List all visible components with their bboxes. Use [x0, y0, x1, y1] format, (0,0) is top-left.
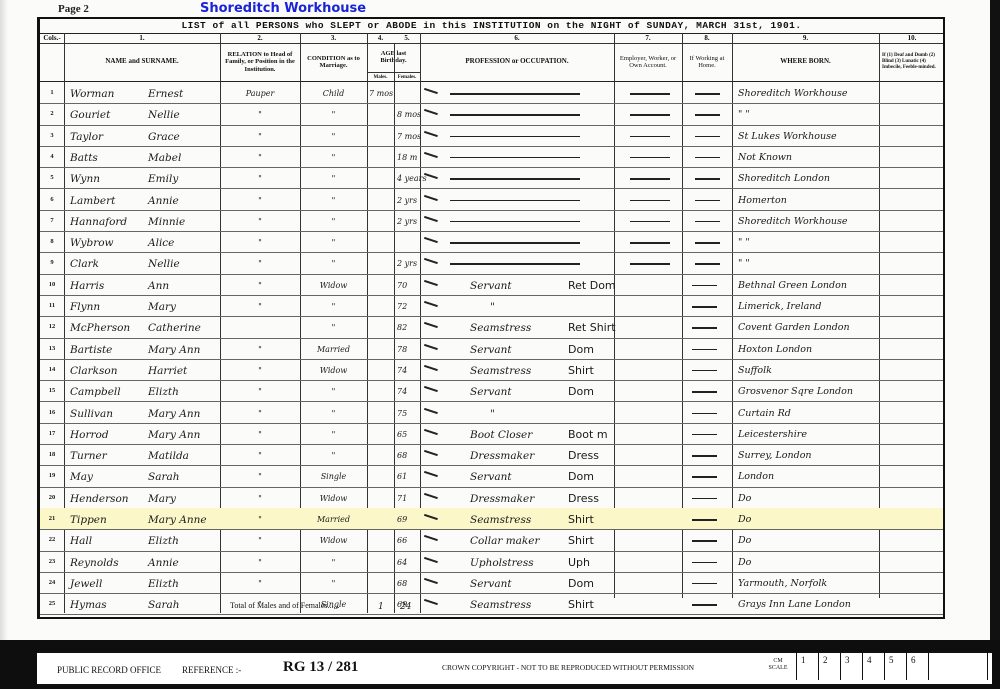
condition: " — [300, 231, 367, 252]
column-headers: NAME and SURNAME. RELATION to Head of Fa… — [40, 43, 943, 82]
surname: Flynn — [70, 295, 100, 316]
age-females: 69 — [397, 508, 407, 529]
row-number: 10 — [40, 274, 64, 295]
table-row[interactable]: 16SullivanMary Ann""75"Curtain Rd — [40, 402, 943, 424]
age-females: 72 — [397, 295, 407, 316]
table-row[interactable]: 11FlynnMary""72"Limerick, Ireland — [40, 295, 943, 317]
birthplace: Curtain Rd — [738, 402, 791, 423]
occupation: Servant — [470, 380, 512, 401]
archive-footer: PUBLIC RECORD OFFICE REFERENCE :- RG 13 … — [37, 651, 992, 686]
table-row[interactable]: 12McPhersonCatherine"82SeamstressRet Shi… — [40, 316, 943, 338]
blank-dash — [692, 370, 717, 372]
blank-dash — [695, 93, 720, 95]
surname: Taylor — [70, 125, 103, 146]
occupation: Servant — [470, 572, 512, 593]
forename: Grace — [148, 125, 180, 146]
surname: Clarkson — [70, 359, 118, 380]
tick-mark — [424, 407, 438, 413]
relation: " — [220, 274, 300, 295]
blank-dash — [450, 221, 580, 223]
forename: Emily — [148, 167, 178, 188]
blank-dash — [630, 221, 670, 223]
blank-dash — [692, 476, 717, 478]
surname: Gouriet — [70, 103, 110, 124]
relation: " — [220, 359, 300, 380]
surname: Tippen — [70, 508, 107, 529]
condition: " — [300, 189, 367, 210]
blank-dash — [692, 519, 717, 521]
forename: Mabel — [148, 146, 181, 167]
tick-mark — [424, 216, 438, 222]
blank-dash — [692, 413, 717, 415]
blank-dash — [692, 455, 717, 457]
relation: " — [220, 551, 300, 572]
tick-mark — [424, 280, 438, 286]
blank-dash — [630, 263, 670, 265]
surname: McPherson — [70, 316, 130, 337]
occupation-code: Shirt — [568, 529, 594, 550]
condition: " — [300, 402, 367, 423]
occupation-code: Ret Shirt — [568, 316, 616, 337]
blank-dash — [695, 242, 720, 244]
condition: Married — [300, 508, 367, 529]
table-row[interactable]: 2GourietNellie""8 mos" " — [40, 103, 943, 125]
header-where-born: WHERE BORN. — [732, 43, 879, 81]
occupation-code: Dress — [568, 487, 599, 508]
tick-mark — [424, 258, 438, 264]
row-number: 18 — [40, 444, 64, 465]
birthplace: Grosvenor Sqre London — [738, 380, 853, 401]
occupation-code: Shirt — [568, 508, 594, 529]
blank-dash — [695, 263, 720, 265]
office-label: PUBLIC RECORD OFFICE — [57, 665, 161, 675]
birthplace: Do — [738, 487, 751, 508]
relation: " — [220, 572, 300, 593]
row-number: 6 — [40, 189, 64, 210]
condition: " — [300, 423, 367, 444]
birthplace: Bethnal Green London — [738, 274, 847, 295]
forename: Mary Ann — [148, 338, 200, 359]
col-num: 4. — [367, 33, 394, 43]
surname: Sullivan — [70, 402, 113, 423]
age-males: 7 mos — [369, 82, 393, 103]
age-females: 71 — [397, 487, 407, 508]
occupation: " — [490, 295, 495, 316]
header-relation: RELATION to Head of Family, or Position … — [220, 43, 300, 81]
condition: Child — [300, 82, 367, 103]
relation: " — [220, 529, 300, 550]
age-females: 4 years — [397, 167, 427, 188]
tick-mark — [424, 88, 438, 94]
col-num: 7. — [614, 33, 682, 43]
relation: " — [220, 487, 300, 508]
occupation: Dressmaker — [470, 444, 534, 465]
age-females: 70 — [397, 274, 407, 295]
age-females: 2 yrs — [397, 210, 417, 231]
forename: Mary Ann — [148, 423, 200, 444]
forename: Nellie — [148, 103, 180, 124]
total-males: 1 — [378, 595, 384, 616]
row-number: 17 — [40, 423, 64, 444]
census-form: LIST of all PERSONS who SLEPT or ABODE i… — [37, 17, 945, 619]
row-number: 20 — [40, 487, 64, 508]
tick-mark — [424, 578, 438, 584]
surname: Hall — [70, 529, 92, 550]
surname: Hannaford — [70, 210, 127, 231]
birthplace: " " — [738, 252, 750, 273]
condition: " — [300, 252, 367, 273]
condition: " — [300, 551, 367, 572]
occupation: Collar maker — [470, 529, 540, 550]
relation: " — [220, 167, 300, 188]
reference-number: RG 13 / 281 — [283, 659, 358, 676]
table-row[interactable]: 5WynnEmily""4 yearsShoreditch London — [40, 167, 943, 189]
col-num: 9. — [732, 33, 879, 43]
condition: Single — [300, 465, 367, 486]
blank-dash — [450, 114, 580, 116]
tick-mark — [424, 152, 438, 158]
relation: " — [220, 380, 300, 401]
table-row[interactable]: 10HarrisAnn"Widow70ServantRet DomBethnal… — [40, 274, 943, 296]
blank-dash — [450, 93, 580, 95]
header-employer: Employer, Worker, or Own Account. — [614, 43, 682, 81]
forename: Nellie — [148, 252, 180, 273]
blank-dash — [695, 178, 720, 180]
blank-dash — [692, 540, 717, 542]
table-row[interactable]: 19MaySarah"Single61ServantDomLondon — [40, 465, 943, 487]
form-title: LIST of all PERSONS who SLEPT or ABODE i… — [40, 19, 943, 34]
scale-mark: 6 — [906, 653, 928, 680]
blank-dash — [630, 93, 670, 95]
col-num: 3. — [300, 33, 367, 43]
row-number: 3 — [40, 125, 64, 146]
table-row[interactable]: 24JewellElizth""68ServantDomYarmouth, No… — [40, 572, 943, 594]
blank-dash — [450, 242, 580, 244]
condition: " — [300, 103, 367, 124]
birthplace: Shoreditch Workhouse — [738, 210, 848, 231]
header-age-males: Males. — [367, 72, 394, 82]
surname: Henderson — [70, 487, 129, 508]
row-number: 8 — [40, 231, 64, 252]
birthplace: Shoreditch London — [738, 167, 830, 188]
relation: " — [220, 125, 300, 146]
blank-dash — [692, 285, 717, 287]
col-num: 6. — [420, 33, 614, 43]
blank-dash — [695, 221, 720, 223]
tick-mark — [424, 493, 438, 499]
scale-mark: 4 — [862, 653, 884, 680]
forename: Sarah — [148, 465, 180, 486]
table-row[interactable]: 21TippenMary Anne"Married69SeamstressShi… — [40, 508, 943, 530]
surname: Wybrow — [70, 231, 114, 252]
table-row[interactable]: 18TurnerMatilda""68DressmakerDressSurrey… — [40, 444, 943, 466]
scale-mark: 3 — [840, 653, 862, 680]
birthplace: " " — [738, 231, 750, 252]
cm-scale: 1 2 3 4 5 6 — [796, 653, 988, 680]
blank-dash — [630, 136, 670, 138]
blank-dash — [692, 498, 717, 500]
occupation: Upholstress — [470, 551, 534, 572]
col-num: 1. — [64, 33, 220, 43]
relation: " — [220, 189, 300, 210]
table-row[interactable]: 1WormanErnestPauperChild7 mosShoreditch … — [40, 82, 943, 104]
age-females: 18 m — [397, 146, 417, 167]
surname: Clark — [70, 252, 99, 273]
forename: Catherine — [148, 316, 201, 337]
age-females: 75 — [397, 402, 407, 423]
table-row[interactable]: 14ClarksonHarriet"Widow74SeamstressShirt… — [40, 359, 943, 381]
birthplace: " " — [738, 103, 750, 124]
row-number: 12 — [40, 316, 64, 337]
condition: Widow — [300, 487, 367, 508]
page-edge — [990, 0, 1000, 689]
cm-scale-label: CM SCALE — [767, 658, 789, 672]
occupation: Dressmaker — [470, 487, 534, 508]
occupation-code: Dress — [568, 444, 599, 465]
forename: Ann — [148, 274, 169, 295]
forename: Mary Ann — [148, 402, 200, 423]
occupation: Servant — [470, 274, 512, 295]
header-infirmity: If (1) Deaf and Dumb (2) Blind (3) Lunat… — [879, 43, 945, 81]
row-number: 19 — [40, 465, 64, 486]
blank-dash — [695, 114, 720, 116]
row-number: 4 — [40, 146, 64, 167]
total-females: 24 — [400, 595, 411, 616]
relation: " — [220, 444, 300, 465]
col-num: Cols.- — [40, 33, 64, 43]
forename: Elizth — [148, 380, 179, 401]
blank-dash — [450, 263, 580, 265]
surname: Horrod — [70, 423, 109, 444]
blank-dash — [692, 349, 717, 351]
occupation-code: Uph — [568, 551, 590, 572]
blank-dash — [630, 242, 670, 244]
col-num: 8. — [682, 33, 732, 43]
row-number: 5 — [40, 167, 64, 188]
occupation-code: Dom — [568, 380, 594, 401]
col-num: 10. — [879, 33, 945, 43]
age-females: 66 — [397, 529, 407, 550]
relation: " — [220, 465, 300, 486]
occupation: Seamstress — [470, 508, 531, 529]
surname: Campbell — [70, 380, 121, 401]
occupation-code: Boot m — [568, 423, 608, 444]
row-number: 15 — [40, 380, 64, 401]
blank-dash — [695, 200, 720, 202]
surname: Wynn — [70, 167, 100, 188]
age-females: 2 yrs — [397, 189, 417, 210]
tick-mark — [424, 429, 438, 435]
tick-mark — [424, 301, 438, 307]
occupation: Servant — [470, 338, 512, 359]
table-row[interactable]: 15CampbellElizth""74ServantDomGrosvenor … — [40, 380, 943, 402]
scale-mark: 2 — [818, 653, 840, 680]
tick-mark — [424, 322, 438, 328]
tick-mark — [424, 343, 438, 349]
occupation: Boot Closer — [470, 423, 532, 444]
occupation: Servant — [470, 465, 512, 486]
age-females: 61 — [397, 465, 407, 486]
age-females: 68 — [397, 444, 407, 465]
copyright-notice: CROWN COPYRIGHT - NOT TO BE REPRODUCED W… — [442, 663, 694, 672]
row-number: 2 — [40, 103, 64, 124]
row-number: 22 — [40, 529, 64, 550]
condition: " — [300, 316, 367, 337]
occupation-code: Dom — [568, 572, 594, 593]
condition: " — [300, 295, 367, 316]
blank-dash — [695, 136, 720, 138]
row-number: 9 — [40, 252, 64, 273]
header-name: NAME and SURNAME. — [64, 43, 220, 81]
tick-mark — [424, 514, 438, 520]
blank-dash — [450, 200, 580, 202]
relation: " — [220, 252, 300, 273]
forename: Annie — [148, 551, 179, 572]
age-females: 2 yrs — [397, 252, 417, 273]
table-row[interactable]: 7HannafordMinnie""2 yrsShoreditch Workho… — [40, 210, 943, 232]
forename: Minnie — [148, 210, 185, 231]
blank-dash — [630, 200, 670, 202]
forename: Alice — [148, 231, 174, 252]
blank-dash — [450, 178, 580, 180]
surname: Batts — [70, 146, 98, 167]
relation: " — [220, 402, 300, 423]
totals-label: Total of Males and of Females...... — [230, 601, 339, 610]
birthplace: London — [738, 465, 774, 486]
occupation: Seamstress — [470, 316, 531, 337]
occupation-code: Ret Dom — [568, 274, 616, 295]
tick-mark — [424, 450, 438, 456]
surname: Worman — [70, 82, 114, 103]
birthplace: St Lukes Workhouse — [738, 125, 837, 146]
forename: Annie — [148, 189, 179, 210]
surname: Reynolds — [70, 551, 119, 572]
row-number: 7 — [40, 210, 64, 231]
overlay-title: Shoreditch Workhouse — [200, 1, 366, 16]
row-number: 21 — [40, 508, 64, 529]
table-row[interactable]: 17HorrodMary Ann""65Boot CloserBoot mLei… — [40, 423, 943, 445]
birthplace: Do — [738, 508, 751, 529]
table-row[interactable]: 13BartisteMary Ann"Married78ServantDomHo… — [40, 338, 943, 360]
row-number: 16 — [40, 402, 64, 423]
birthplace: Surrey, London — [738, 444, 812, 465]
tick-mark — [424, 365, 438, 371]
blank-dash — [450, 136, 580, 138]
header-condition: CONDITION as to Marriage. — [300, 43, 367, 81]
age-females: 64 — [397, 551, 407, 572]
scale-mark: 5 — [884, 653, 906, 680]
age-females: 8 mos — [397, 103, 421, 124]
surname: Lambert — [70, 189, 115, 210]
relation — [220, 316, 300, 337]
age-females: 82 — [397, 316, 407, 337]
table-row[interactable]: 20HendersonMary"Widow71DressmakerDressDo — [40, 487, 943, 509]
condition: Widow — [300, 274, 367, 295]
birthplace: Do — [738, 529, 751, 550]
age-females: 78 — [397, 338, 407, 359]
table-row[interactable]: 23ReynoldsAnnie""64UpholstressUphDo — [40, 551, 943, 573]
relation: " — [220, 508, 300, 529]
occupation: " — [490, 402, 495, 423]
tick-mark — [424, 535, 438, 541]
age-females: 74 — [397, 380, 407, 401]
blank-dash — [630, 157, 670, 159]
row-number: 13 — [40, 338, 64, 359]
age-females: 68 — [397, 572, 407, 593]
condition: Married — [300, 338, 367, 359]
row-number: 14 — [40, 359, 64, 380]
birthplace: Yarmouth, Norfolk — [738, 572, 827, 593]
occupation: Seamstress — [470, 359, 531, 380]
relation: " — [220, 210, 300, 231]
table-row[interactable]: 9ClarkNellie""2 yrs" " — [40, 252, 943, 274]
surname: Turner — [70, 444, 107, 465]
birthplace: Shoreditch Workhouse — [738, 82, 848, 103]
blank-dash — [692, 583, 717, 585]
table-row[interactable]: 3TaylorGrace""7 mosSt Lukes Workhouse — [40, 125, 943, 147]
header-profession: PROFESSION or OCCUPATION. — [420, 43, 614, 81]
condition: " — [300, 210, 367, 231]
condition: " — [300, 444, 367, 465]
blank-dash — [692, 562, 717, 564]
table-row[interactable]: 8WybrowAlice""" " — [40, 231, 943, 253]
blank-dash — [630, 178, 670, 180]
relation: " — [220, 231, 300, 252]
forename: Mary — [148, 487, 176, 508]
birthplace: Do — [738, 551, 751, 572]
tick-mark — [424, 556, 438, 562]
occupation-code: Dom — [568, 465, 594, 486]
birthplace: Homerton — [738, 189, 787, 210]
condition: " — [300, 380, 367, 401]
col-num: 2. — [220, 33, 300, 43]
surname: Bartiste — [70, 338, 112, 359]
table-row[interactable]: 4BattsMabel""18 mNot Known — [40, 146, 943, 168]
condition: Widow — [300, 359, 367, 380]
blank-dash — [695, 157, 720, 159]
surname: May — [70, 465, 93, 486]
totals-row: Total of Males and of Females...... 1 24 — [40, 599, 943, 615]
forename: Elizth — [148, 529, 179, 550]
age-females: 7 mos — [397, 125, 421, 146]
row-number: 24 — [40, 572, 64, 593]
forename: Elizth — [148, 572, 179, 593]
condition: Widow — [300, 529, 367, 550]
blank-dash — [692, 327, 717, 329]
relation: " — [220, 103, 300, 124]
forename: Mary — [148, 295, 176, 316]
page-shadow — [0, 0, 8, 640]
table-row[interactable]: 22HallElizth"Widow66Collar makerShirtDo — [40, 529, 943, 551]
condition: " — [300, 167, 367, 188]
header-age-females: Females. — [394, 72, 420, 82]
table-row[interactable]: 6LambertAnnie""2 yrsHomerton — [40, 189, 943, 211]
age-females: 74 — [397, 359, 407, 380]
col-num: 5. — [394, 33, 420, 43]
relation: " — [220, 338, 300, 359]
tick-mark — [424, 386, 438, 392]
forename: Mary Anne — [148, 508, 207, 529]
relation: " — [220, 295, 300, 316]
occupation-code: Shirt — [568, 359, 594, 380]
row-number: 11 — [40, 295, 64, 316]
tick-mark — [424, 109, 438, 115]
age-females: 65 — [397, 423, 407, 444]
blank-dash — [692, 306, 717, 308]
forename: Harriet — [148, 359, 187, 380]
relation: Pauper — [220, 82, 300, 103]
birthplace: Hoxton London — [738, 338, 812, 359]
